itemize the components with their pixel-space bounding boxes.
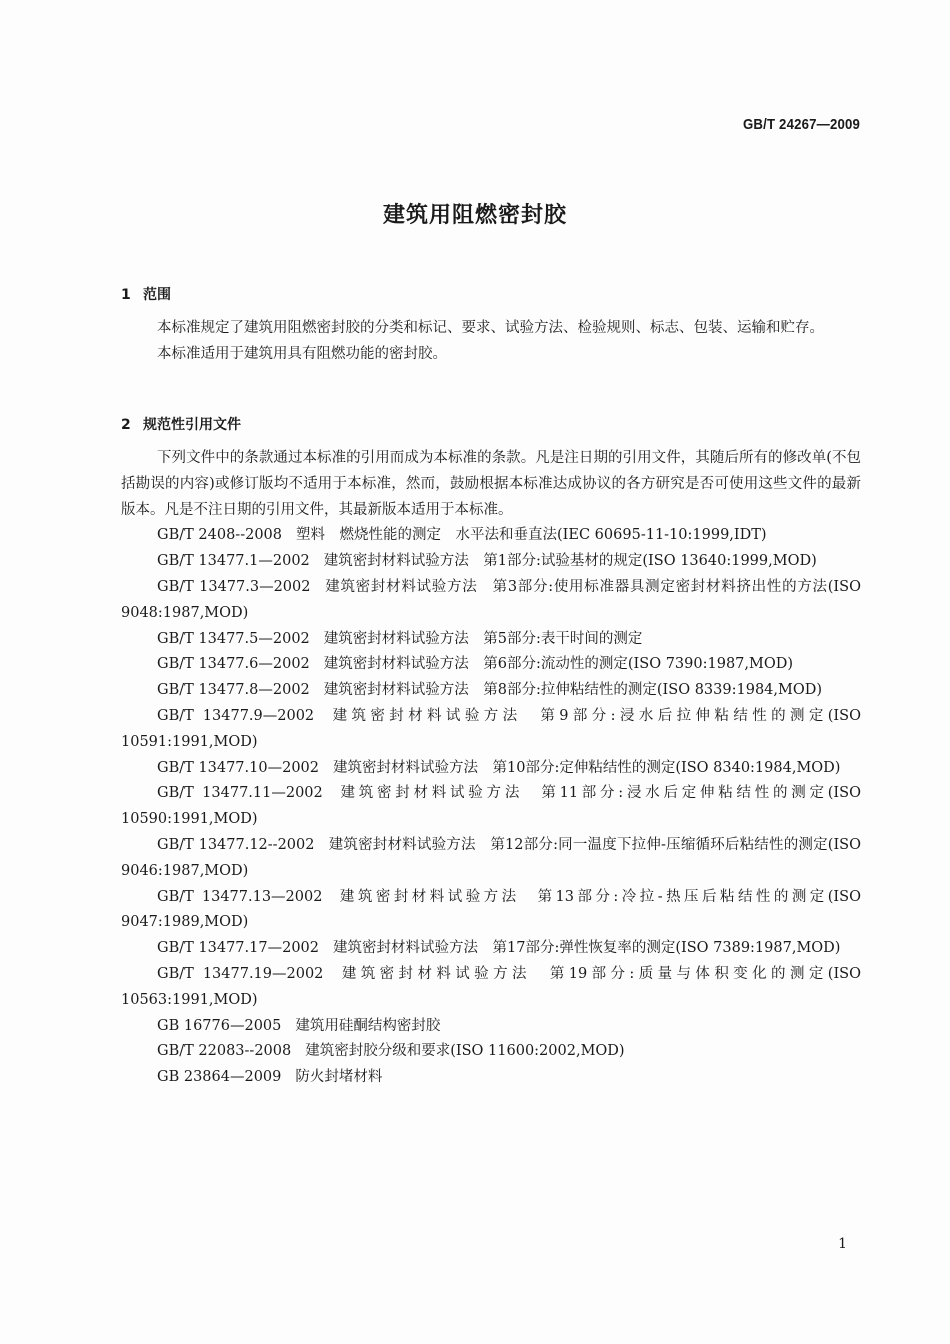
paragraph: 本标准适用于建筑用具有阻燃功能的密封胶。 xyxy=(121,342,861,368)
reference-code: GB 16776—2005 xyxy=(157,1018,281,1034)
reference-title: 建筑密封胶分级和要求(ISO 11600:2002,MOD) xyxy=(305,1043,624,1059)
section-references-body: 下列文件中的条款通过本标准的引用而成为本标准的条款。凡是注日期的引用文件，其随后… xyxy=(121,446,861,1091)
document-page: GB/T 24267—2009 建筑用阻燃密封胶 1范围 本标准规定了建筑用阻燃… xyxy=(0,0,950,1344)
reference-item: GB/T 13477.13—2002建筑密封材料试验方法 第13部分:冷拉-热压… xyxy=(121,885,861,937)
paragraph: 本标准规定了建筑用阻燃密封胶的分类和标记、要求、试验方法、检验规则、标志、包装、… xyxy=(121,316,861,342)
section-number: 1 xyxy=(121,287,143,303)
reference-item: GB/T 13477.3—2002建筑密封材料试验方法 第3部分:使用标准器具测… xyxy=(121,575,861,627)
reference-item: GB/T 13477.12--2002建筑密封材料试验方法 第12部分:同一温度… xyxy=(121,833,861,885)
page-number: 1 xyxy=(838,1236,847,1252)
reference-code: GB/T 13477.6—2002 xyxy=(157,656,310,672)
reference-code: GB/T 22083--2008 xyxy=(157,1043,291,1059)
reference-title: 建筑密封材料试验方法 第5部分:表干时间的测定 xyxy=(324,631,643,647)
section-title: 规范性引用文件 xyxy=(143,417,241,433)
reference-item: GB/T 13477.9—2002建筑密封材料试验方法 第9部分:浸水后拉伸粘结… xyxy=(121,704,861,756)
reference-code: GB 23864—2009 xyxy=(157,1069,281,1085)
reference-title: 建筑密封材料试验方法 第10部分:定伸粘结性的测定(ISO 8340:1984,… xyxy=(333,760,840,776)
section-number: 2 xyxy=(121,417,143,433)
reference-item: GB 23864—2009防火封堵材料 xyxy=(121,1065,861,1091)
standard-number: GB/T 24267—2009 xyxy=(743,116,860,133)
reference-code: GB/T 13477.9—2002 xyxy=(157,708,314,724)
reference-item: GB/T 13477.17—2002建筑密封材料试验方法 第17部分:弹性恢复率… xyxy=(121,936,861,962)
reference-title: 防火封堵材料 xyxy=(295,1069,382,1085)
reference-title: 建筑密封材料试验方法 第6部分:流动性的测定(ISO 7390:1987,MOD… xyxy=(324,656,793,672)
reference-item: GB/T 13477.1—2002建筑密封材料试验方法 第1部分:试验基材的规定… xyxy=(121,549,861,575)
reference-code: GB/T 13477.8—2002 xyxy=(157,682,310,698)
paragraph: 下列文件中的条款通过本标准的引用而成为本标准的条款。凡是注日期的引用文件，其随后… xyxy=(121,446,861,523)
section-title: 范围 xyxy=(143,287,171,303)
reference-code: GB/T 13477.12--2002 xyxy=(157,837,315,853)
reference-item: GB/T 13477.10—2002建筑密封材料试验方法 第10部分:定伸粘结性… xyxy=(121,756,861,782)
reference-item: GB/T 13477.11—2002建筑密封材料试验方法 第11部分:浸水后定伸… xyxy=(121,781,861,833)
reference-code: GB/T 13477.17—2002 xyxy=(157,940,319,956)
reference-item: GB 16776—2005建筑用硅酮结构密封胶 xyxy=(121,1014,861,1040)
reference-item: GB/T 13477.19—2002建筑密封材料试验方法 第19部分:质量与体积… xyxy=(121,962,861,1014)
reference-code: GB/T 13477.3—2002 xyxy=(157,579,311,595)
reference-item: GB/T 13477.5—2002建筑密封材料试验方法 第5部分:表干时间的测定 xyxy=(121,627,861,653)
section-heading-scope: 1范围 xyxy=(121,284,171,304)
reference-code: GB/T 2408--2008 xyxy=(157,527,282,543)
reference-item: GB/T 2408--2008塑料 燃烧性能的测定 水平法和垂直法(IEC 60… xyxy=(121,523,861,549)
reference-code: GB/T 13477.5—2002 xyxy=(157,631,310,647)
section-scope-body: 本标准规定了建筑用阻燃密封胶的分类和标记、要求、试验方法、检验规则、标志、包装、… xyxy=(121,316,861,368)
reference-item: GB/T 13477.8—2002建筑密封材料试验方法 第8部分:拉伸粘结性的测… xyxy=(121,678,861,704)
reference-title: 建筑密封材料试验方法 第17部分:弹性恢复率的测定(ISO 7389:1987,… xyxy=(333,940,840,956)
reference-item: GB/T 13477.6—2002建筑密封材料试验方法 第6部分:流动性的测定(… xyxy=(121,652,861,678)
section-heading-normative-references: 2规范性引用文件 xyxy=(121,414,241,434)
reference-code: GB/T 13477.10—2002 xyxy=(157,760,319,776)
reference-title: 建筑用硅酮结构密封胶 xyxy=(295,1018,440,1034)
reference-title: 建筑密封材料试验方法 第1部分:试验基材的规定(ISO 13640:1999,M… xyxy=(324,553,817,569)
document-title: 建筑用阻燃密封胶 xyxy=(0,198,950,229)
reference-item: GB/T 22083--2008建筑密封胶分级和要求(ISO 11600:200… xyxy=(121,1039,861,1065)
reference-code: GB/T 13477.1—2002 xyxy=(157,553,310,569)
reference-title: 塑料 燃烧性能的测定 水平法和垂直法(IEC 60695-11-10:1999,… xyxy=(296,527,767,543)
reference-code: GB/T 13477.19—2002 xyxy=(157,966,323,982)
reference-code: GB/T 13477.13—2002 xyxy=(157,889,322,905)
reference-title: 建筑密封材料试验方法 第8部分:拉伸粘结性的测定(ISO 8339:1984,M… xyxy=(324,682,822,698)
reference-code: GB/T 13477.11—2002 xyxy=(157,785,323,801)
